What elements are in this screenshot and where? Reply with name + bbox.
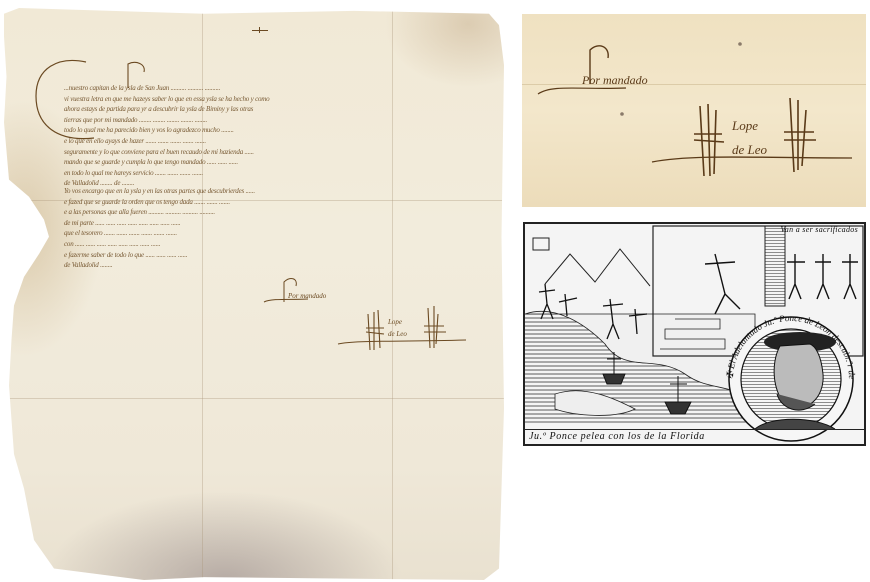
- script-line: con ...... ...... ...... ...... ...... .…: [64, 239, 474, 250]
- signature-detail-panel: Por mandado Lope de Leo: [522, 14, 866, 207]
- script-line: e fazerme saber de todo lo que ...... ..…: [64, 250, 474, 261]
- scene-label: Van a ser sacrificados: [781, 225, 859, 234]
- script-line: Yo vos encargo que en la ysla y en las o…: [64, 186, 474, 197]
- script-line: mando que se guarde y cumpla lo que teng…: [64, 157, 474, 168]
- svg-text:Lope: Lope: [731, 118, 758, 133]
- signature-por-mandado: Por mandado: [287, 292, 327, 300]
- script-line: e fazed que se guarde la orden que os te…: [64, 197, 474, 208]
- svg-text:de Leo: de Leo: [388, 330, 407, 338]
- signature-por-mandado: Por mandado: [581, 73, 648, 87]
- script-line: en todo lo qual me hareys servicio .....…: [64, 168, 474, 179]
- script-line: de Valladolid ........: [64, 260, 474, 271]
- signature-lope-de-leo: Lope de Leo: [336, 304, 476, 354]
- caption-divider: [525, 429, 864, 430]
- letter-paragraph-2: Yo vos encargo que en la ysla y en las o…: [64, 186, 474, 271]
- svg-text:de Leo: de Leo: [732, 142, 768, 157]
- water-stain: [44, 490, 404, 580]
- engraving-illustration: ✠ El Adelantado Ju.º Ponce de Leon descu…: [525, 224, 864, 444]
- script-line: tierras que por mi mandado ........ ....…: [64, 115, 474, 126]
- engraving-caption: Ju.º Ponce pelea con los de la Florida: [529, 431, 705, 442]
- script-line: todo lo qual me ha parecido bien y vos l…: [64, 125, 474, 136]
- script-line: que el tesorero ....... ....... ....... …: [64, 228, 474, 239]
- script-line: seguramente y lo que conviene para el bu…: [64, 147, 474, 158]
- royal-letter-document: ...nuestro capitan de la ysla de San Jua…: [4, 8, 504, 580]
- letter-paragraph-1: ...nuestro capitan de la ysla de San Jua…: [64, 83, 474, 189]
- water-stain: [384, 8, 504, 88]
- script-line: ahora estays de partida para yr a descub…: [64, 104, 474, 115]
- script-line: e a las personas que alla fueren .......…: [64, 207, 474, 218]
- cross-mark: [252, 30, 268, 31]
- script-line: de mi parte ...... ...... ...... ...... …: [64, 218, 474, 229]
- script-line: e lo que en ello ayays de hazer ....... …: [64, 136, 474, 147]
- signature-flourish-icon: Por mandado: [262, 276, 342, 306]
- fold-line: [4, 398, 504, 399]
- ponce-de-leon-engraving: ✠ El Adelantado Ju.º Ponce de Leon descu…: [523, 222, 866, 446]
- svg-text:Lope: Lope: [387, 318, 402, 326]
- script-line: vi vuestra letra en que me hazeys saber …: [64, 94, 474, 105]
- signature-closeup: Por mandado Lope de Leo: [522, 14, 866, 207]
- script-line: ...nuestro capitan de la ysla de San Jua…: [64, 83, 474, 94]
